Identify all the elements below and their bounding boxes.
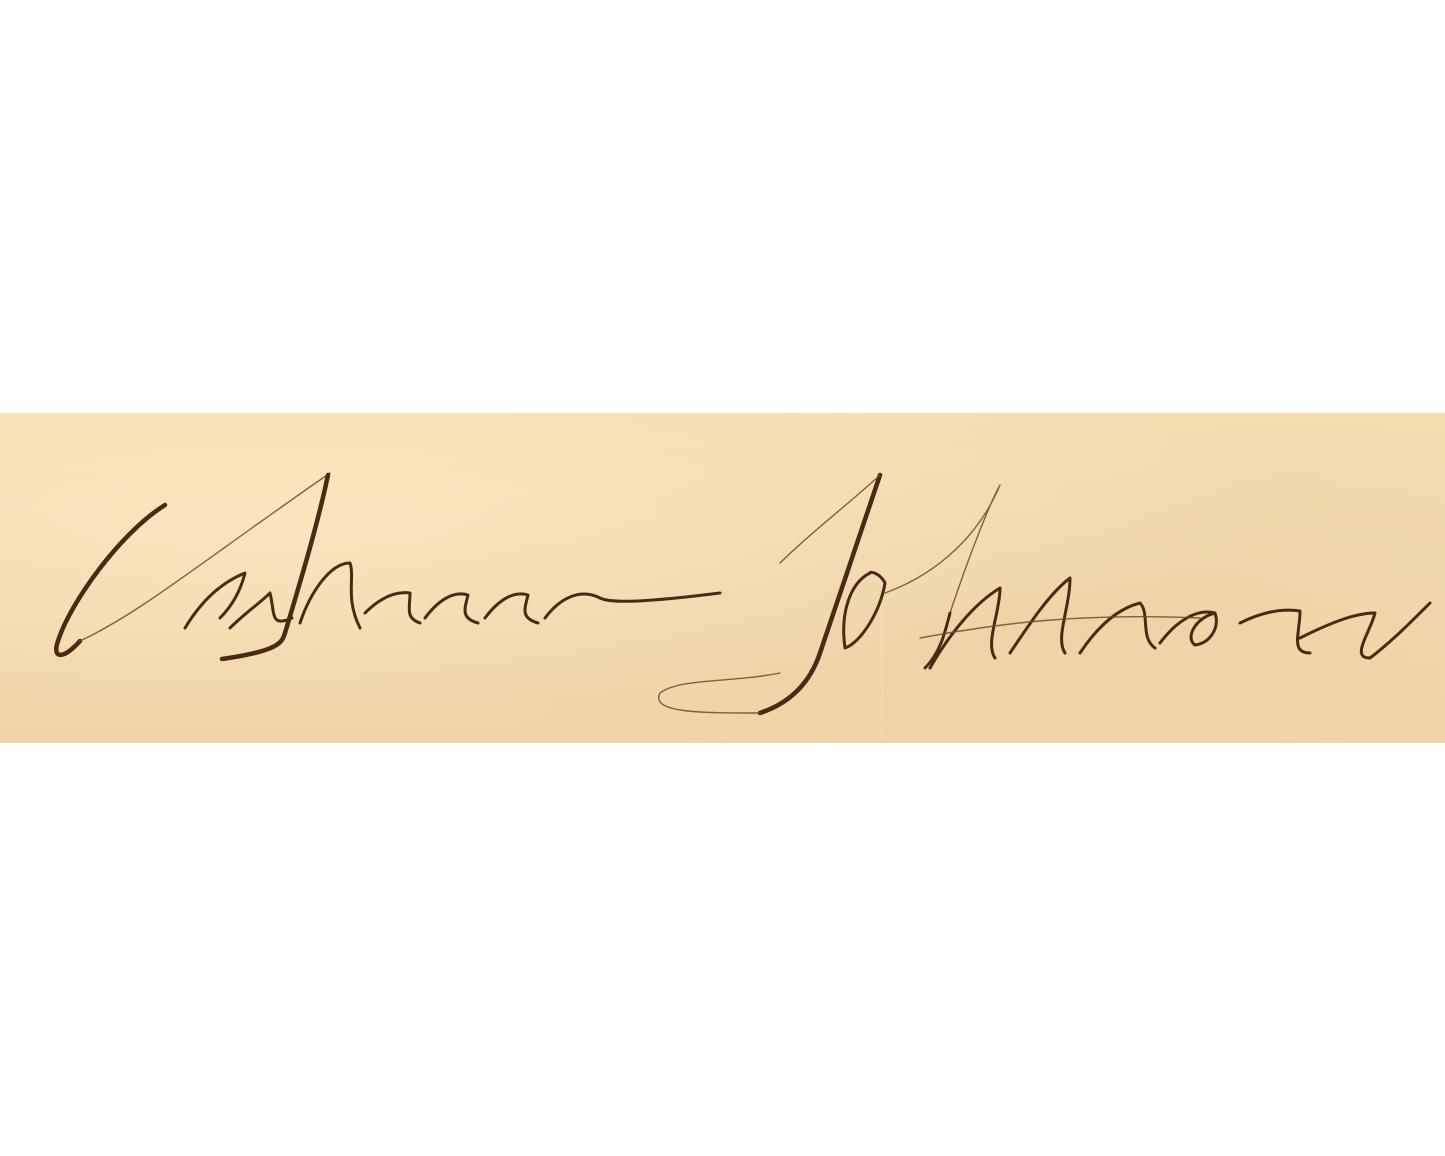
aged-paper-strip: Andrew Johnson: [0, 413, 1445, 743]
signature-andrew-johnson: [0, 413, 1445, 743]
